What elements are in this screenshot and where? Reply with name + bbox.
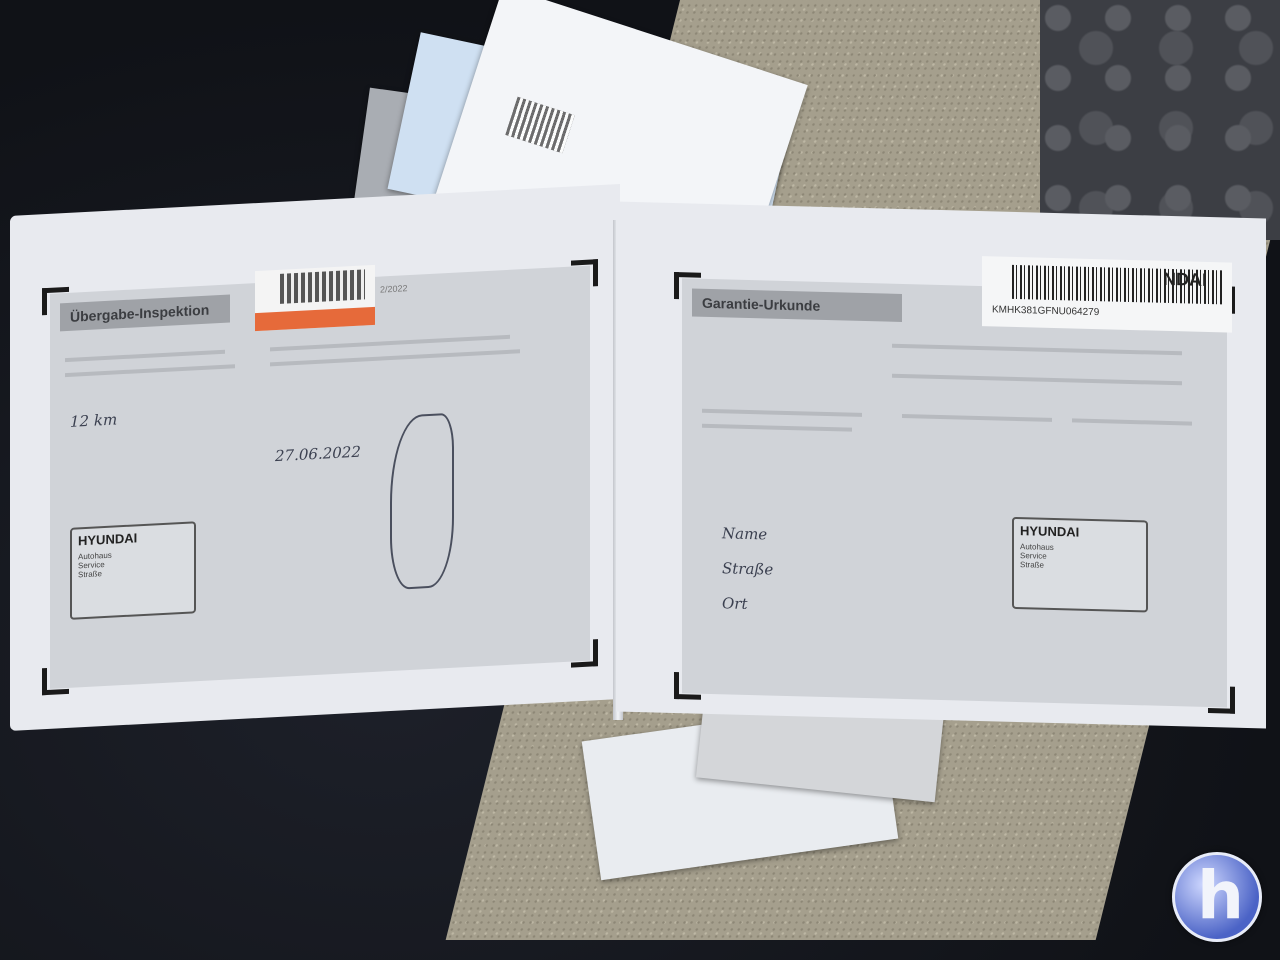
dealer-stamp: HYUNDAI Autohaus Service Straße: [1012, 517, 1148, 613]
print-line: [65, 364, 235, 377]
photo-scene: Übergabe-Inspektion 2/2022 12 km 27.06.2…: [0, 0, 1280, 960]
corner-mark: [1208, 686, 1235, 714]
handwritten-km: 12 km: [70, 410, 117, 430]
stamp-brand: HYUNDAI: [78, 528, 188, 549]
corner-mark: [571, 259, 598, 287]
print-line: [270, 349, 520, 366]
print-line: [270, 335, 510, 352]
handwritten-line: Name: [722, 524, 767, 543]
stamp-brand: HYUNDAI: [1020, 523, 1140, 541]
vin-barcode-label: KMHK381GFNU064279: [982, 256, 1232, 333]
dealer-stamp: HYUNDAI Autohaus Service Straße: [70, 521, 196, 620]
print-line: [702, 409, 862, 417]
signature: [390, 413, 454, 590]
vin-number: KMHK381GFNU064279: [992, 304, 1099, 318]
form-header: Übergabe-Inspektion: [60, 294, 230, 331]
sticker-orange-band: [255, 307, 375, 331]
handwritten-line: Straße: [722, 559, 773, 578]
service-booklet: Übergabe-Inspektion 2/2022 12 km 27.06.2…: [10, 180, 1270, 740]
stamp-line: Straße: [1020, 560, 1140, 572]
warranty-form: Garantie-Urkunde KMHK381GFNU064279 NDAI …: [682, 278, 1227, 707]
print-line: [1072, 418, 1192, 425]
corner-mark: [42, 667, 69, 695]
sticker-number: 2/2022: [380, 283, 408, 294]
brand-logo-edge: NDAI: [1163, 269, 1207, 291]
print-line: [892, 374, 1182, 386]
print-line: [65, 350, 225, 362]
qr-code: [280, 269, 365, 303]
handwritten-line: Ort: [722, 594, 748, 613]
handwritten-date: 27.06.2022: [275, 443, 361, 466]
corner-mark: [571, 639, 598, 667]
print-line: [892, 344, 1182, 356]
booklet-right-page: Garantie-Urkunde KMHK381GFNU064279 NDAI …: [616, 201, 1266, 728]
print-line: [902, 414, 1052, 422]
form-header: Garantie-Urkunde: [692, 288, 902, 321]
watermark-letter: h: [1197, 857, 1244, 934]
booklet-left-page: Übergabe-Inspektion 2/2022 12 km 27.06.2…: [10, 184, 620, 731]
corner-mark: [674, 672, 701, 700]
print-line: [702, 424, 852, 432]
service-sticker: [255, 265, 375, 331]
watermark-logo-icon: h: [1172, 852, 1262, 942]
inspection-form: Übergabe-Inspektion 2/2022 12 km 27.06.2…: [50, 266, 590, 689]
